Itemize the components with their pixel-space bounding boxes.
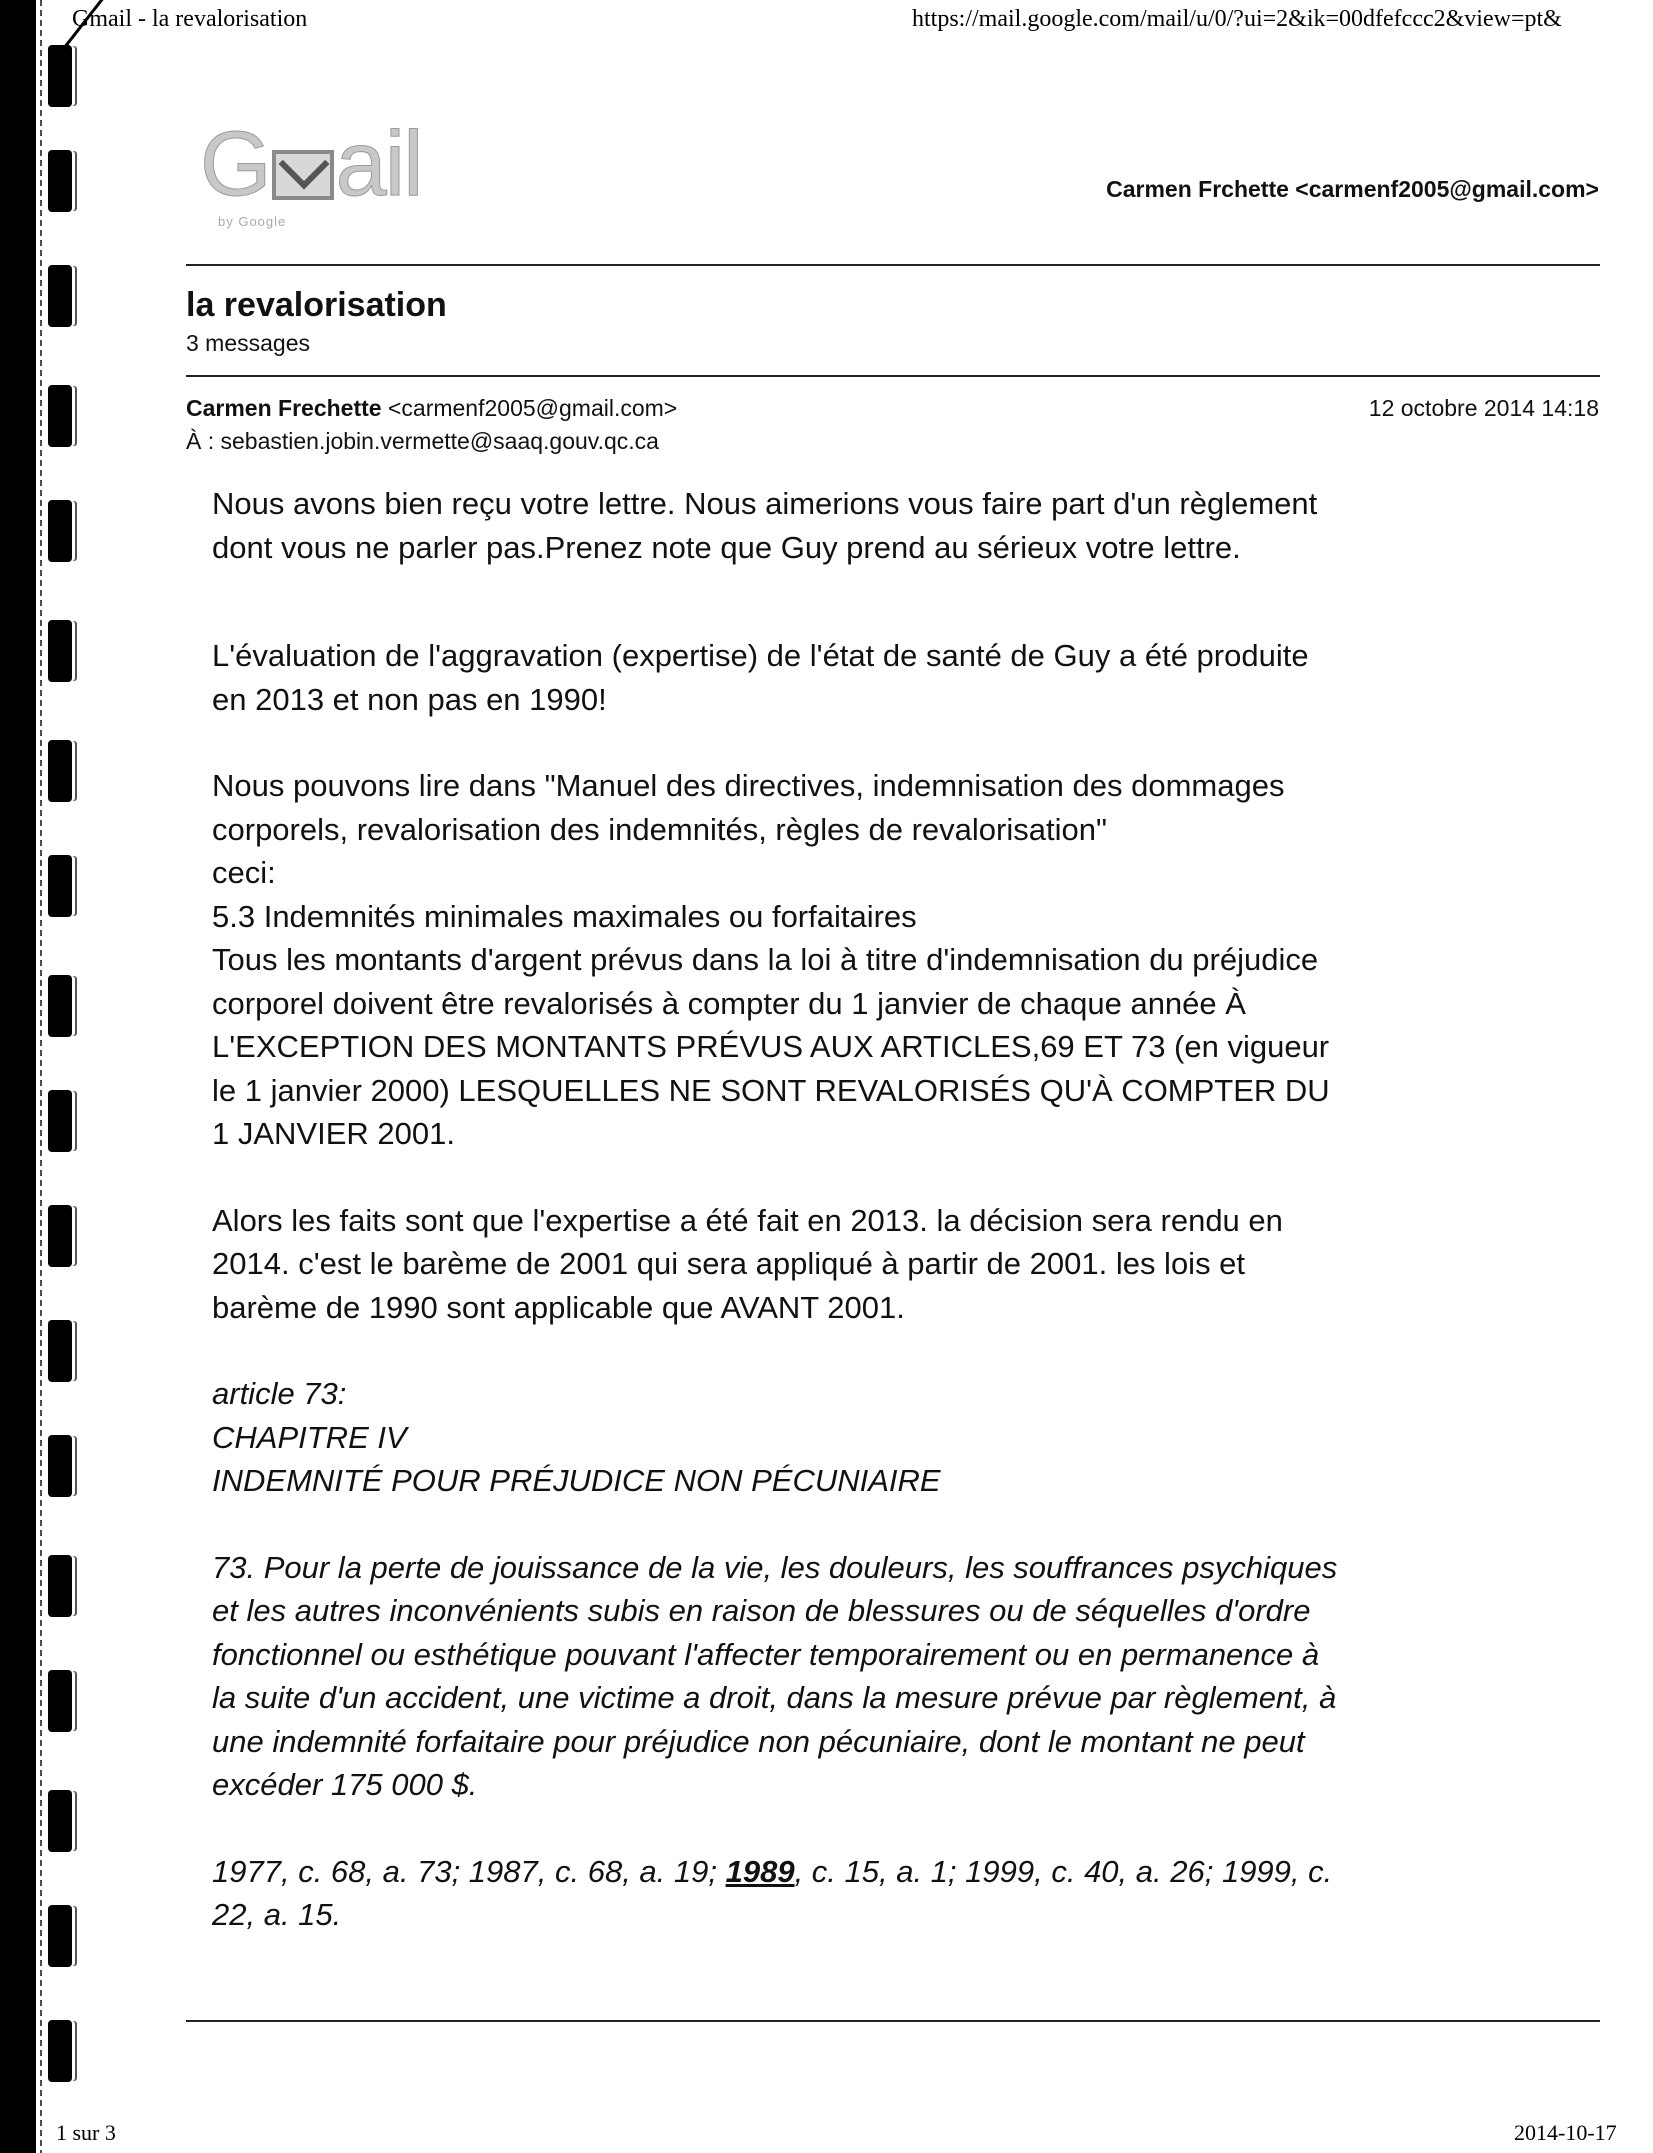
logo-letter-g: G	[200, 118, 270, 210]
punch-hole	[48, 385, 72, 447]
body-line: en 2013 et non pas en 1990!	[212, 678, 1612, 722]
body-line: barème de 1990 sont applicable que AVANT…	[212, 1286, 1612, 1330]
body-line: Tous les montants d'argent prévus dans l…	[212, 938, 1612, 982]
thread-subject: la revalorisation	[186, 286, 447, 325]
punch-hole	[48, 1435, 72, 1497]
article-text-line: et les autres inconvénients subis en rai…	[212, 1589, 1612, 1633]
punch-hole	[48, 1905, 72, 1967]
message-sender: Carmen Frechette <carmenf2005@gmail.com>	[186, 395, 677, 422]
legal-citation: 22, a. 15.	[212, 1893, 1612, 1937]
message-date: 12 octobre 2014 14:18	[1369, 395, 1599, 422]
citation-highlight: 1989	[726, 1854, 795, 1889]
logo-subtitle: by Google	[218, 214, 286, 229]
section-heading: 5.3 Indemnités minimales maximales ou fo…	[212, 895, 1612, 939]
logo-letters-ail: ail	[336, 118, 422, 210]
print-header-title: Gmail - la revalorisation	[72, 6, 307, 33]
chapter-heading: CHAPITRE IV	[212, 1416, 1612, 1460]
punch-hole	[48, 1790, 72, 1852]
punch-hole	[48, 1670, 72, 1732]
punch-hole	[48, 2020, 72, 2082]
body-line: Nous avons bien reçu votre lettre. Nous …	[212, 482, 1612, 526]
punch-hole	[48, 1320, 72, 1382]
citation-part: , c. 15, a. 1; 1999, c. 40, a. 26; 1999,…	[795, 1854, 1333, 1889]
gmail-logo: G ail by Google	[200, 118, 422, 228]
chapter-title: INDEMNITÉ POUR PRÉJUDICE NON PÉCUNIAIRE	[212, 1459, 1612, 1503]
punch-hole	[48, 740, 72, 802]
print-footer-date: 2014-10-17	[1514, 2120, 1617, 2146]
scan-binder-strip	[0, 0, 36, 2153]
article-text-line: excéder 175 000 $.	[212, 1763, 1612, 1807]
article-text-line: fonctionnel ou esthétique pouvant l'affe…	[212, 1633, 1612, 1677]
scan-binder-edge	[40, 0, 42, 2153]
legal-citation: 1977, c. 68, a. 73; 1987, c. 68, a. 19; …	[212, 1850, 1612, 1894]
sender-email: <carmenf2005@gmail.com>	[388, 395, 677, 421]
punch-hole	[48, 620, 72, 682]
punch-hole	[48, 975, 72, 1037]
article-text-line: une indemnité forfaitaire pour préjudice…	[212, 1720, 1612, 1764]
thread-divider	[186, 375, 1600, 377]
message-end-divider	[186, 2020, 1600, 2022]
message-recipient: À : sebastien.jobin.vermette@saaq.gouv.q…	[186, 428, 659, 455]
sender-name: Carmen Frechette	[186, 395, 382, 421]
body-line: L'évaluation de l'aggravation (expertise…	[212, 634, 1612, 678]
body-line: dont vous ne parler pas.Prenez note que …	[212, 526, 1612, 570]
body-line: corporel doivent être revalorisés à comp…	[212, 982, 1612, 1026]
body-line: 2014. c'est le barème de 2001 qui sera a…	[212, 1242, 1612, 1286]
article-text-line: la suite d'un accident, une victime a dr…	[212, 1676, 1612, 1720]
punch-hole	[48, 1555, 72, 1617]
print-header-url: https://mail.google.com/mail/u/0/?ui=2&i…	[912, 6, 1562, 33]
punch-hole	[48, 150, 72, 212]
punch-hole	[48, 265, 72, 327]
body-line: Alors les faits sont que l'expertise a é…	[212, 1199, 1612, 1243]
body-line: Nous pouvons lire dans "Manuel des direc…	[212, 764, 1612, 808]
body-line: ceci:	[212, 851, 1612, 895]
article-label: article 73:	[212, 1372, 1612, 1416]
body-line: 1 JANVIER 2001.	[212, 1112, 1612, 1156]
punch-hole	[48, 500, 72, 562]
article-text-line: 73. Pour la perte de jouissance de la vi…	[212, 1546, 1612, 1590]
body-line: le 1 janvier 2000) LESQUELLES NE SONT RE…	[212, 1069, 1612, 1113]
citation-part: 1977, c. 68, a. 73; 1987, c. 68, a. 19;	[212, 1854, 726, 1889]
body-line: corporels, revalorisation des indemnités…	[212, 808, 1612, 852]
punch-hole	[48, 1090, 72, 1152]
punch-hole	[48, 45, 72, 107]
punch-hole	[48, 1205, 72, 1267]
account-identity: Carmen Frchette <carmenf2005@gmail.com>	[1106, 176, 1599, 203]
message-count: 3 messages	[186, 330, 310, 357]
gmail-envelope-icon	[272, 150, 334, 200]
body-line: L'EXCEPTION DES MONTANTS PRÉVUS AUX ARTI…	[212, 1025, 1612, 1069]
message-body: Nous avons bien reçu votre lettre. Nous …	[212, 482, 1612, 1937]
punch-hole	[48, 855, 72, 917]
print-footer-page-number: 1 sur 3	[56, 2120, 116, 2146]
header-divider	[186, 264, 1600, 266]
